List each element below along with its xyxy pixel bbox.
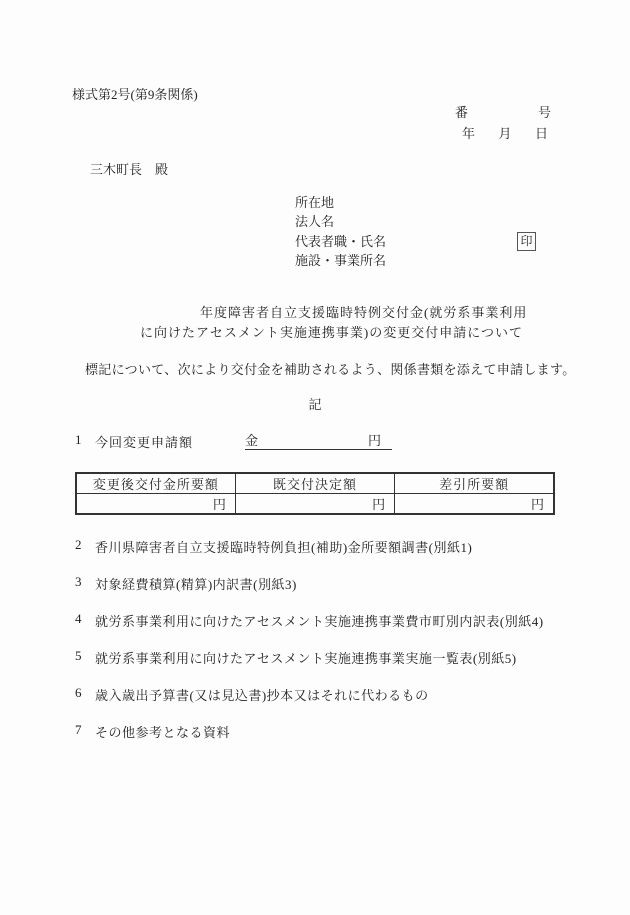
header-amount-already-granted: 既交付決定額 <box>235 473 394 494</box>
attachment-text: 就労系事業利用に向けたアセスメント実施連携事業実施一覧表(別紙5) <box>95 648 517 667</box>
attachment-text: 歳入歳出予算書(又は見込書)抄本又はそれに代わるもの <box>95 685 429 704</box>
item1-label: 今回変更申請額 <box>95 432 193 451</box>
attachment-text: 就労系事業利用に向けたアセスメント実施連携事業費市町別内訳表(別紙4) <box>95 611 544 630</box>
applicant-address-label: 所在地 <box>295 193 386 212</box>
date-day-label: 日 <box>535 123 548 142</box>
applicant-representative-label: 代表者職・氏名 <box>295 232 386 251</box>
applicant-facility-label: 施設・事業所名 <box>295 251 386 270</box>
cell-amount-already-granted: 円 <box>235 494 394 515</box>
applicant-corporate-name-label: 法人名 <box>295 212 386 231</box>
attachment-number: 4 <box>75 611 82 627</box>
application-form-page: 様式第2号(第9条関係) 番 号 年 月 日 三木町長 殿 所在地 法人名 代表… <box>0 0 630 915</box>
document-number-line: 番 号 <box>455 102 551 121</box>
body-statement: 標記について、次により交付金を補助されるよう、関係書類を添えて申請します。 <box>85 359 576 378</box>
item1-number: 1 <box>75 432 82 448</box>
attachment-text: その他参考となる資料 <box>95 722 230 741</box>
addressee: 三木町長 殿 <box>90 159 168 178</box>
attachment-number: 7 <box>75 722 82 738</box>
table-value-row: 円 円 円 <box>76 494 554 515</box>
attachment-text: 香川県障害者自立支援臨時特例負担(補助)金所要額調書(別紙1) <box>95 537 472 556</box>
attachment-number: 2 <box>75 537 82 553</box>
record-heading: 記 <box>0 394 630 413</box>
document-title-line1: 年度障害者自立支援臨時特例交付金(就労系事業利用 <box>200 302 527 321</box>
attachment-text: 対象経費積算(精算)内訳書(別紙3) <box>95 574 297 593</box>
amount-summary-table: 変更後交付金所要額 既交付決定額 差引所要額 円 円 円 <box>75 472 555 515</box>
attachment-number: 6 <box>75 685 82 701</box>
date-line: 年 月 日 <box>462 123 548 142</box>
header-amount-difference: 差引所要額 <box>395 473 554 494</box>
amount-prefix: 金 <box>245 430 258 449</box>
doc-number-label: 番 <box>455 102 468 121</box>
attachment-number: 3 <box>75 574 82 590</box>
doc-number-unit: 号 <box>538 102 551 121</box>
attachment-number: 5 <box>75 648 82 664</box>
amount-fill-line: 金 円 <box>245 430 392 450</box>
applicant-block: 所在地 法人名 代表者職・氏名 施設・事業所名 <box>295 193 386 271</box>
header-amount-after-change: 変更後交付金所要額 <box>76 473 235 494</box>
amount-unit: 円 <box>368 430 381 449</box>
cell-amount-after-change: 円 <box>76 494 235 515</box>
document-title-line2: に向けたアセスメント実施連携事業)の変更交付申請について <box>140 322 523 341</box>
form-number: 様式第2号(第9条関係) <box>72 84 198 103</box>
date-year-label: 年 <box>462 123 475 142</box>
date-month-label: 月 <box>498 123 511 142</box>
seal-mark: 印 <box>517 232 536 251</box>
table-header-row: 変更後交付金所要額 既交付決定額 差引所要額 <box>76 473 554 494</box>
cell-amount-difference: 円 <box>395 494 554 515</box>
